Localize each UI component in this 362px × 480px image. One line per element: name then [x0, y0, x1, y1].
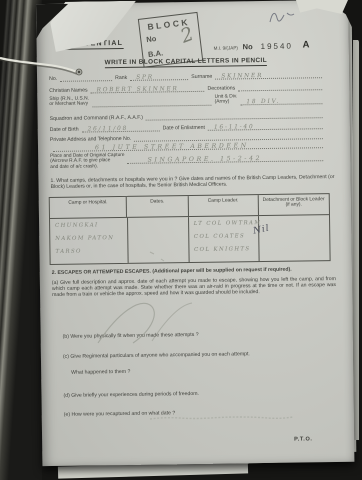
- row-dob-enlistment: Date of Birth 26/11/08 Date of Enlistmen…: [50, 122, 326, 133]
- camp-entry-3: TARSO: [55, 249, 81, 255]
- surname-label: Surname: [191, 74, 212, 80]
- dob-label: Date of Birth: [50, 127, 79, 133]
- squadron-label: Squadron and Command (R.A.F., A.A.F.): [50, 115, 143, 122]
- scanned-document: CONFIDENTIAL BLOCK No B.A. 2 M.I. 9/(JAP…: [0, 0, 362, 480]
- surname-value: SKINNER: [221, 73, 263, 80]
- detachment-column: [259, 215, 330, 261]
- decorations-field: [238, 83, 322, 91]
- leader-entry-3: COL KNIGHTS: [194, 246, 250, 253]
- camp-column: CHUNGKAI NAKOM PATON TARSO: [50, 218, 129, 264]
- instruction-text: WRITE IN BLOCK CAPITAL LETTERS IN PENCIL: [105, 57, 268, 68]
- unit-label: Unit & Div. (Army): [215, 94, 238, 105]
- unit-label-line2: (Army): [215, 100, 230, 105]
- ship-label: Ship (R.N., U.S.N. or Merchant Navy: [49, 96, 89, 107]
- capture-field: SINGAPORE. 15-2-42: [128, 154, 324, 164]
- form-page: CONFIDENTIAL BLOCK No B.A. 2 M.I. 9/(JAP…: [36, 0, 354, 466]
- row-no-rank-surname: No. Rank SPR Surname SKINNER: [49, 71, 325, 82]
- leader-column: LT COL OWTRAM COL COATES COL KNIGHTS Nil: [189, 216, 260, 262]
- leader-entry-2: COL COATES: [194, 233, 245, 240]
- question-2c: (c) Give Regimental particulars of anyon…: [63, 350, 335, 360]
- capture-label-line3: and date of a/c crash).: [50, 164, 98, 170]
- rank-label: Rank: [115, 75, 127, 81]
- squadron-field: [146, 111, 323, 120]
- question-2a: (a) Give full description and approx. da…: [52, 276, 336, 298]
- camp-entry-1: CHUNGKAI: [55, 222, 99, 229]
- header-dates: Dates.: [127, 196, 189, 217]
- enlistment-label: Date of Enlistment: [163, 125, 205, 132]
- christian-names-label: Christian Names: [49, 87, 87, 94]
- camp-table-body: CHUNGKAI NAKOM PATON TARSO LT COL OWTRAM…: [50, 215, 330, 264]
- unit-value: 18 DIV.: [246, 99, 280, 105]
- stamp-line2: No: [146, 34, 157, 44]
- row-christian-decorations: Christian Names ROBERT SKINNER Decoratio…: [49, 83, 325, 94]
- dates-column: [128, 217, 189, 263]
- decorations-label: Decorations: [207, 85, 235, 91]
- camp-entry-2: NAKOM PATON: [55, 235, 114, 242]
- no-field: [60, 74, 112, 82]
- enlistment-field: 16-11-40: [208, 122, 323, 131]
- enlistment-value: 16-11-40: [214, 124, 255, 131]
- christian-names-value: ROBERT SKINNER: [97, 86, 179, 93]
- stacked-page-edge-right-2: [353, 40, 359, 440]
- row-ship-unit: Ship (R.N., U.S.N. or Merchant Navy Unit…: [49, 93, 325, 108]
- surname-field: SKINNER: [215, 71, 322, 79]
- rank-field: SPR: [130, 73, 188, 81]
- leader-entry-1: LT COL OWTRAM: [194, 220, 262, 227]
- capture-value: SINGAPORE. 15-2-42: [148, 156, 263, 164]
- camp-table: Camp or Hospital. Dates. Camp Leader. De…: [49, 193, 331, 265]
- address-value: 61 JUTE STREET ABERDEEN: [95, 143, 249, 151]
- address-label: Private Address and Telephone No.: [50, 136, 131, 143]
- question-2c2: What happened to them ?: [71, 366, 335, 376]
- unit-field: 18 DIV.: [240, 97, 322, 105]
- registration-number: 19540: [261, 42, 293, 51]
- dob-field: 26/11/08: [82, 124, 160, 132]
- header-leader: Camp Leader.: [188, 195, 258, 216]
- row-squadron: Squadron and Command (R.A.F., A.A.F.): [50, 111, 326, 122]
- question-2-heading: 2. ESCAPES OR ATTEMPTED ESCAPES. (Additi…: [52, 266, 336, 276]
- stamp-line3: B.A.: [148, 48, 164, 59]
- ship-label-line2: or Merchant Navy: [49, 102, 88, 108]
- dob-value: 26/11/08: [88, 126, 129, 133]
- christian-names-field: ROBERT SKINNER: [91, 85, 205, 94]
- capture-label: Place and Date of Original Capture (Airc…: [50, 153, 125, 170]
- no-label: No.: [49, 76, 57, 82]
- question-2d: (d) Give briefly your experiences during…: [63, 389, 335, 399]
- question-2e: (e) How were you recaptured and on what …: [64, 408, 336, 418]
- row-capture: Place and Date of Original Capture (Airc…: [50, 150, 326, 170]
- stamp-pencil-number: 2: [178, 23, 197, 48]
- address-field: [134, 132, 323, 142]
- page-turn-over-label: P.T.O.: [294, 436, 313, 442]
- department-reference: M.I. 9/(JAP): [214, 45, 238, 50]
- header-camp: Camp or Hospital.: [50, 197, 128, 218]
- rank-value: SPR: [136, 75, 154, 81]
- number-label: No: [243, 42, 253, 51]
- series-letter: A: [303, 39, 310, 50]
- instruction-header: WRITE IN BLOCK CAPITAL LETTERS IN PENCIL: [37, 56, 335, 67]
- bound-file-spine: [0, 0, 42, 480]
- question-2b: (b) Were you physically fit when you mad…: [63, 330, 335, 340]
- ship-field: [92, 99, 212, 108]
- header-detachment: Detachment or Block Leader (if any).: [258, 194, 328, 215]
- question-1: 1. What camps, detachments or hospitals …: [50, 174, 334, 190]
